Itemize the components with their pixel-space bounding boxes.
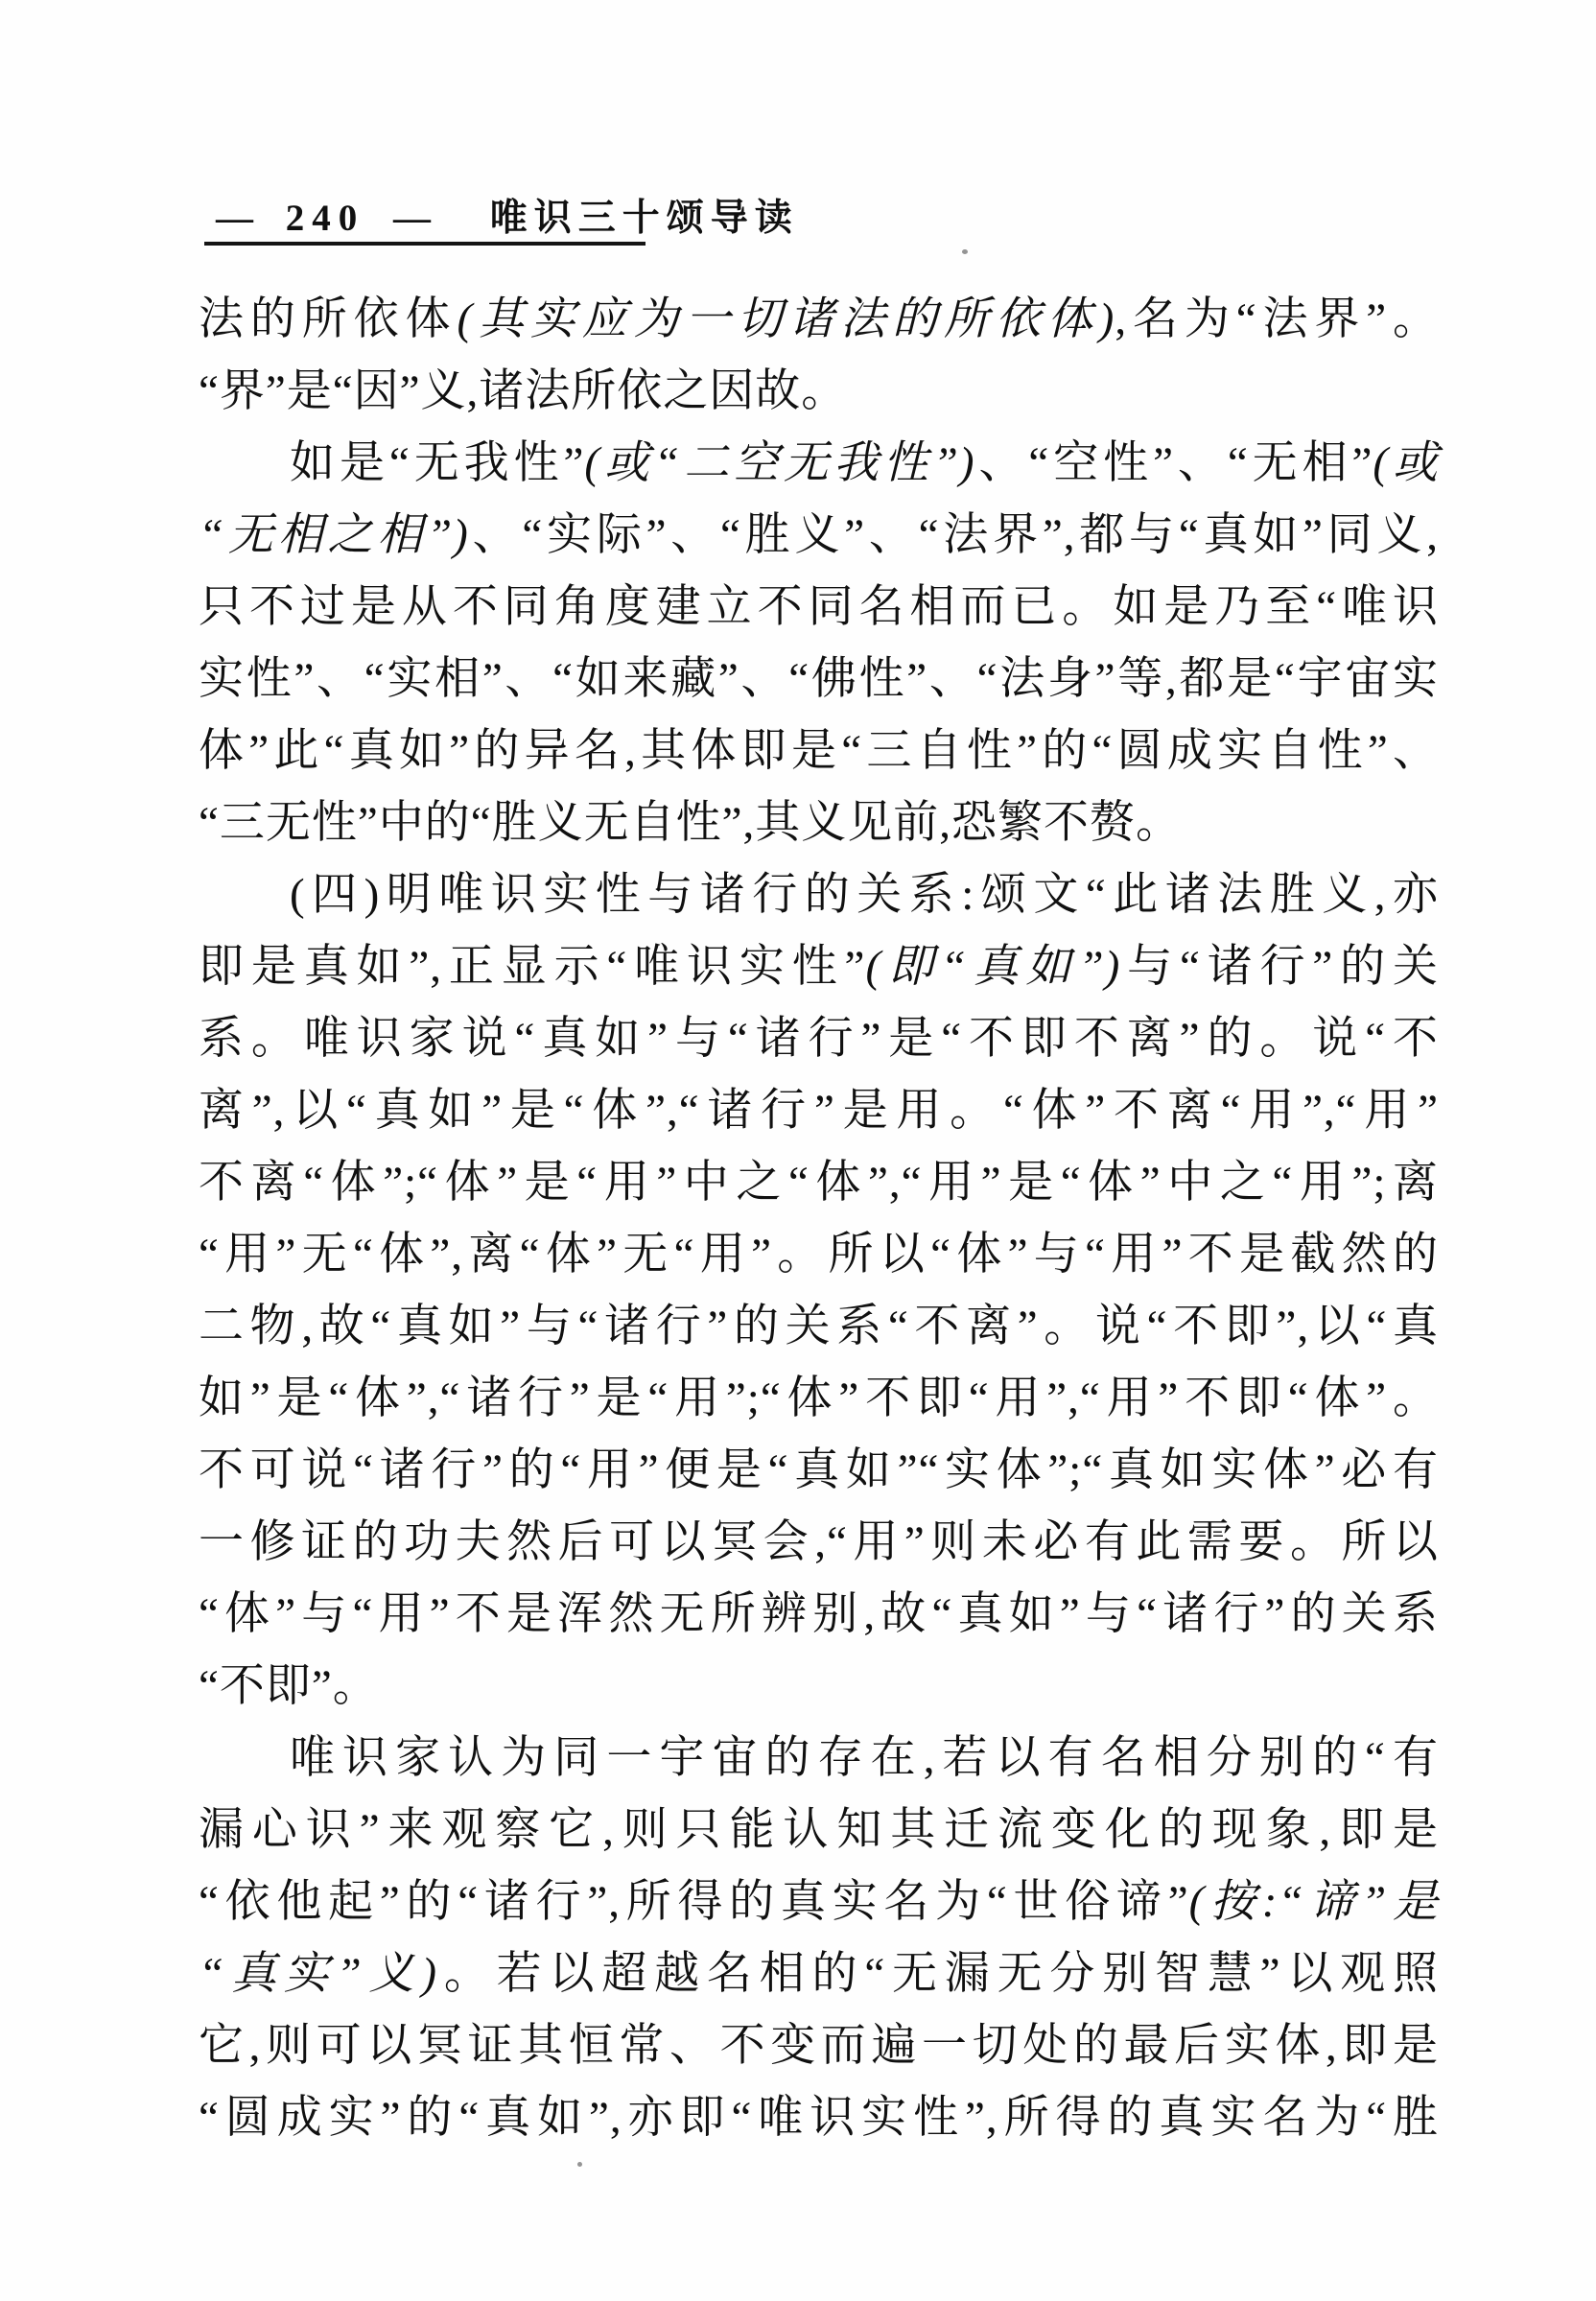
text-line: 法的所依体(其实应为一切诸法的所依体),名为“法界”。 bbox=[199, 284, 1439, 356]
running-header: — 240 — 唯识三十颂导读 bbox=[206, 188, 1069, 242]
text-line: 不离“体”;“体”是“用”中之“体”,“用”是“体”中之“用”;离 bbox=[199, 1147, 1439, 1219]
text-line: “真实”义)。若以超越名相的“无漏无分别智慧”以观照 bbox=[199, 1938, 1439, 2010]
text-line: 系。唯识家说“真如”与“诸行”是“不即不离”的。说“不 bbox=[199, 1003, 1439, 1075]
header-rule bbox=[204, 242, 645, 246]
text-segment: 如”是“体”,“诸行”是“用”;“体”不即“用”,“用”不即“体”。 bbox=[199, 1374, 1439, 1423]
text-line: 即是真如”,正显示“唯识实性”(即“真如”)与“诸行”的关 bbox=[199, 931, 1439, 1003]
scan-artifact-dot bbox=[577, 2162, 582, 2167]
kai-annotation-segment: “无相之相”) bbox=[199, 510, 469, 560]
text-line: 它,则可以冥证其恒常、不变而遍一切处的最后实体,即是 bbox=[199, 2010, 1439, 2082]
text-segment: 漏心识”来观察它,则只能认知其迁流变化的现象,即是 bbox=[199, 1805, 1439, 1855]
text-segment: “界”是“因”义,诸法所依之因故。 bbox=[199, 366, 847, 416]
scan-artifact-dot bbox=[962, 249, 968, 254]
kai-annotation-segment: (或“二空无我性”) bbox=[584, 438, 974, 488]
header-left-dash: — bbox=[206, 198, 267, 239]
text-segment: 它,则可以冥证其恒常、不变而遍一切处的最后实体,即是 bbox=[199, 2021, 1439, 2071]
kai-annotation-segment: (或 bbox=[1373, 438, 1439, 488]
text-segment: ,名为“法界”。 bbox=[1115, 294, 1439, 344]
text-segment: 与“诸行”的关 bbox=[1120, 942, 1439, 992]
text-line: “三无性”中的“胜义无自性”,其义见前,恐繁不赘。 bbox=[199, 787, 1439, 859]
text-segment: “体”与“用”不是浑然无所辨别,故“真如”与“诸行”的关系 bbox=[199, 1589, 1439, 1639]
text-line: 实性”、“实相”、“如来藏”、“佛性”、“法身”等,都是“宇宙实 bbox=[199, 644, 1439, 716]
text-segment: “圆成实”的“真如”,亦即“唯识实性”,所得的真实名为“胜 bbox=[199, 2093, 1439, 2143]
text-segment: 不可说“诸行”的“用”便是“真如”“实体”;“真如实体”必有 bbox=[199, 1445, 1439, 1495]
text-segment: 不离“体”;“体”是“用”中之“体”,“用”是“体”中之“用”;离 bbox=[199, 1158, 1439, 1208]
text-segment: 系。唯识家说“真如”与“诸行”是“不即不离”的。说“不 bbox=[199, 1014, 1439, 1064]
page-number: 240 bbox=[280, 198, 371, 239]
text-segment: “依他起”的“诸行”,所得的真实名为“世俗谛” bbox=[199, 1877, 1189, 1927]
text-line: 二物,故“真如”与“诸行”的关系“不离”。说“不即”,以“真 bbox=[199, 1291, 1439, 1363]
text-line: “不即”。 bbox=[199, 1651, 1439, 1723]
header-right-dash: — bbox=[384, 198, 444, 239]
text-line: (四)明唯识实性与诸行的关系:颂文“此诸法胜义,亦 bbox=[199, 859, 1439, 931]
text-line: “无相之相”)、“实际”、“胜义”、“法界”,都与“真如”同义, bbox=[199, 500, 1439, 572]
text-segment: 一修证的功夫然后可以冥会,“用”则未必有此需要。所以 bbox=[199, 1517, 1439, 1567]
text-segment: “不即”。 bbox=[199, 1661, 379, 1711]
text-line: 如”是“体”,“诸行”是“用”;“体”不即“用”,“用”不即“体”。 bbox=[199, 1363, 1439, 1435]
text-segment: (四)明唯识实性与诸行的关系:颂文“此诸法胜义,亦 bbox=[290, 870, 1439, 920]
text-segment: 。若以超越名相的“无漏无分别智慧”以观照 bbox=[437, 1949, 1439, 1999]
body-lines: 法的所依体(其实应为一切诸法的所依体),名为“法界”。“界”是“因”义,诸法所依… bbox=[199, 284, 1439, 2154]
text-line: 不可说“诸行”的“用”便是“真如”“实体”;“真如实体”必有 bbox=[199, 1435, 1439, 1507]
kai-annotation-segment: (按:“谛”是 bbox=[1189, 1877, 1439, 1927]
text-line: 如是“无我性”(或“二空无我性”)、“空性”、“无相”(或 bbox=[199, 428, 1439, 500]
text-segment: 法的所依体 bbox=[199, 294, 457, 344]
text-segment: 即是真如”,正显示“唯识实性” bbox=[199, 942, 865, 992]
text-segment: “三无性”中的“胜义无自性”,其义见前,恐繁不赘。 bbox=[199, 798, 1182, 848]
text-line: “圆成实”的“真如”,亦即“唯识实性”,所得的真实名为“胜 bbox=[199, 2082, 1439, 2154]
text-line: “体”与“用”不是浑然无所辨别,故“真如”与“诸行”的关系 bbox=[199, 1579, 1439, 1651]
text-segment: 只不过是从不同角度建立不同名相而已。如是乃至“唯识 bbox=[199, 582, 1439, 632]
text-segment: 唯识家认为同一宇宙的存在,若以有名相分别的“有 bbox=[290, 1733, 1439, 1783]
text-line: “依他起”的“诸行”,所得的真实名为“世俗谛”(按:“谛”是 bbox=[199, 1867, 1439, 1938]
text-line: 体”此“真如”的异名,其体即是“三自性”的“圆成实自性”、 bbox=[199, 716, 1439, 787]
text-segment: 如是“无我性” bbox=[290, 438, 584, 488]
text-segment: 二物,故“真如”与“诸行”的关系“不离”。说“不即”,以“真 bbox=[199, 1302, 1439, 1351]
text-line: 漏心识”来观察它,则只能认知其迁流变化的现象,即是 bbox=[199, 1795, 1439, 1867]
kai-annotation-segment: “真实”义) bbox=[199, 1949, 437, 1999]
text-segment: “用”无“体”,离“体”无“用”。所以“体”与“用”不是截然的 bbox=[199, 1230, 1439, 1280]
kai-annotation-segment: (其实应为一切诸法的所依体) bbox=[457, 294, 1115, 344]
text-segment: 实性”、“实相”、“如来藏”、“佛性”、“法身”等,都是“宇宙实 bbox=[199, 654, 1439, 704]
text-line: “用”无“体”,离“体”无“用”。所以“体”与“用”不是截然的 bbox=[199, 1219, 1439, 1291]
text-line: 离”,以“真如”是“体”,“诸行”是用。“体”不离“用”,“用” bbox=[199, 1075, 1439, 1147]
text-line: 一修证的功夫然后可以冥会,“用”则未必有此需要。所以 bbox=[199, 1507, 1439, 1579]
text-segment: 体”此“真如”的异名,其体即是“三自性”的“圆成实自性”、 bbox=[199, 726, 1439, 776]
book-page: — 240 — 唯识三十颂导读 法的所依体(其实应为一切诸法的所依体),名为“法… bbox=[0, 0, 1596, 2301]
text-line: 只不过是从不同角度建立不同名相而已。如是乃至“唯识 bbox=[199, 572, 1439, 644]
text-line: 唯识家认为同一宇宙的存在,若以有名相分别的“有 bbox=[199, 1723, 1439, 1795]
kai-annotation-segment: (即“真如”) bbox=[865, 942, 1120, 992]
text-line: “界”是“因”义,诸法所依之因故。 bbox=[199, 356, 1439, 428]
text-segment: 、“空性”、“无相” bbox=[975, 438, 1373, 488]
book-title: 唯识三十颂导读 bbox=[490, 198, 799, 239]
text-segment: 、“实际”、“胜义”、“法界”,都与“真如”同义, bbox=[469, 510, 1439, 560]
text-segment: 离”,以“真如”是“体”,“诸行”是用。“体”不离“用”,“用” bbox=[199, 1086, 1439, 1136]
